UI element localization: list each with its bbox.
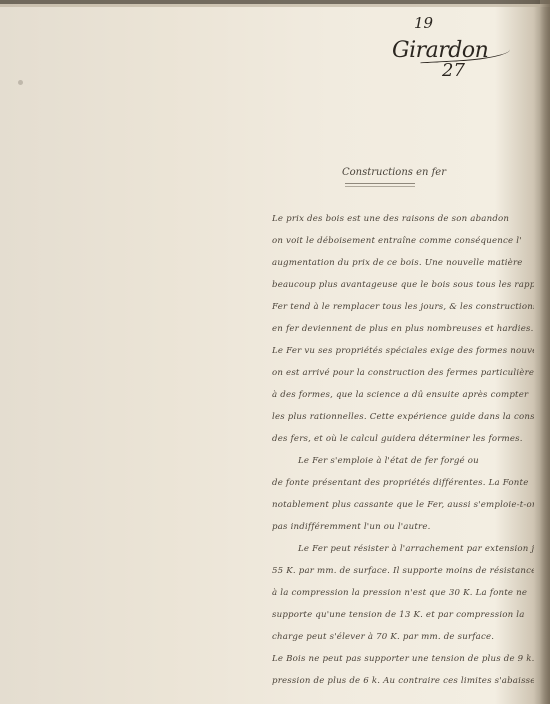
title-underline [345, 183, 415, 184]
text-line: de fonte présentant des propriétés diffé… [272, 472, 534, 494]
text-line-indented: Le Fer s'emploie à l'état de fer forgé o… [272, 450, 534, 472]
text-line: supporte qu'une tension de 13 K. et par … [272, 604, 534, 626]
text-line-indented: Le Fer peut résister à l'arrachement par… [272, 538, 534, 560]
text-line: notablement plus cassante que le Fer, au… [272, 494, 534, 516]
page-binding-edge [540, 0, 550, 704]
text-line: on voit le déboisement entraîne comme co… [272, 230, 534, 252]
text-line: les plus rationnelles. Cette expérience … [272, 406, 534, 428]
text-line: 55 K. par mm. de surface. Il supporte mo… [272, 560, 534, 582]
text-line: Fer tend à le remplacer tous les jours, … [272, 296, 534, 318]
text-line: Le Bois ne peut pas supporter une tensio… [272, 648, 534, 670]
folio-number: 19 [414, 14, 433, 32]
text-line: pression de plus de 6 k. Au contraire ce… [272, 670, 534, 692]
text-line: à la compression la pression n'est que 3… [272, 582, 534, 604]
page-number: 27 [442, 60, 465, 81]
page-shadow [0, 4, 550, 7]
text-line: charge peut s'élever à 70 K. par mm. de … [272, 626, 534, 648]
text-line: Le Fer vu ses propriétés spéciales exige… [272, 340, 534, 362]
text-line: à des formes, que la science a dû ensuit… [272, 384, 534, 406]
manuscript-body: Le prix des bois est une des raisons de … [272, 208, 534, 692]
text-line: Le prix des bois est une des raisons de … [272, 208, 534, 230]
text-line: des fers, et où le calcul guidera déterm… [272, 428, 534, 450]
title-underline-double [345, 186, 415, 187]
paper-stain [18, 80, 23, 85]
text-line: beaucoup plus avantageuse que le bois so… [272, 274, 534, 296]
section-title: Constructions en fer [342, 167, 446, 178]
page-header: 19 Girardon 27 [380, 10, 500, 90]
text-line: pas indifféremment l'un ou l'autre. [272, 516, 534, 538]
text-line: on est arrivé pour la construction des f… [272, 362, 534, 384]
text-line: en fer deviennent de plus en plus nombre… [272, 318, 534, 340]
text-line: augmentation du prix de ce bois. Une nou… [272, 252, 534, 274]
